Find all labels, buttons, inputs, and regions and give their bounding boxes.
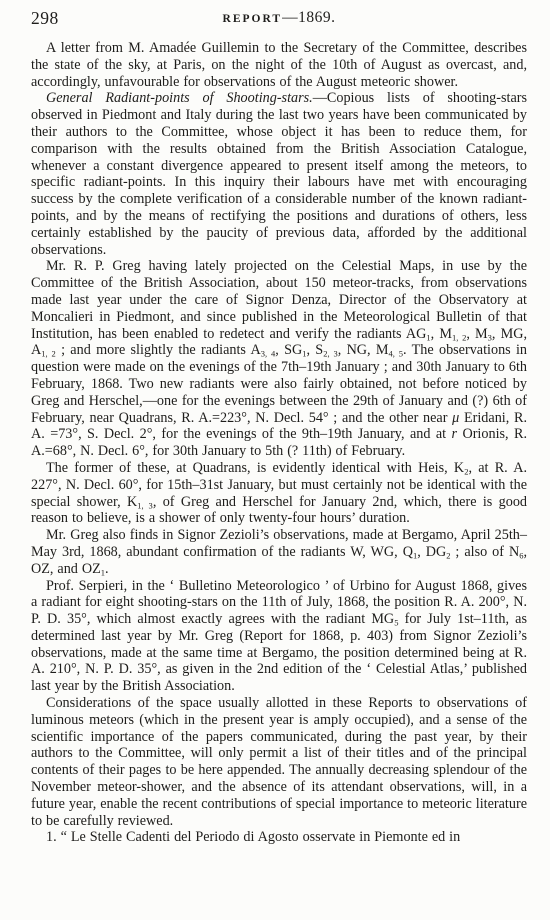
- text-run-subscript: 1, 2: [452, 332, 466, 342]
- text-run-subscript: 1, 3: [137, 500, 153, 510]
- text-run: , S: [306, 342, 323, 358]
- paragraph: Prof. Serpieri, in the ‘ Bulletino Meteo…: [31, 578, 527, 696]
- text-run: A letter from M. Amadée Guillemin to the…: [31, 40, 527, 90]
- text-run-italic: General Radiant-points of Shooting-stars…: [46, 90, 313, 106]
- page-header: 298 REPORT—1869.: [31, 7, 527, 31]
- paragraph: Considerations of the space usually allo…: [31, 695, 527, 829]
- text-run-subscript: 4, 5: [389, 349, 404, 359]
- text-run: , DG: [417, 544, 446, 560]
- document-page: 298 REPORT—1869. A letter from M. Amadée…: [0, 0, 550, 920]
- running-title: REPORT—1869.: [31, 9, 527, 27]
- text-run: .: [105, 561, 109, 577]
- text-run: , M: [431, 326, 452, 342]
- text-run: Considerations of the space usually allo…: [31, 695, 527, 829]
- paragraph: The former of these, at Quadrans, is evi…: [31, 460, 527, 527]
- text-run: ; and more slightly the radiants A: [56, 342, 261, 358]
- paragraph: Mr. R. P. Greg having lately projected o…: [31, 258, 527, 460]
- paragraph: Mr. Greg also finds in Signor Zezioli’s …: [31, 527, 527, 577]
- paragraph: 1. “ Le Stelle Cadenti del Periodo di Ag…: [31, 829, 527, 846]
- text-run: , NG, M: [338, 342, 389, 358]
- text-run: ; also of N: [450, 544, 519, 560]
- paragraph: General Radiant-points of Shooting-stars…: [31, 90, 527, 258]
- text-body: A letter from M. Amadée Guillemin to the…: [31, 40, 527, 846]
- text-run: , SG: [275, 342, 302, 358]
- running-title-word: REPORT: [223, 13, 283, 25]
- text-run-subscript: 3, 4: [261, 349, 276, 359]
- text-run-subscript: 2, 3: [323, 349, 338, 359]
- text-run: , M: [466, 326, 487, 342]
- text-run: The former of these, at Quadrans, is evi…: [46, 460, 464, 476]
- running-title-year: —1869.: [282, 9, 335, 26]
- text-run: —Copious lists of shooting-stars observe…: [31, 90, 527, 257]
- text-run-subscript: 1, 2: [41, 349, 56, 359]
- text-run: Mr. R. P. Greg having lately projected o…: [31, 258, 527, 341]
- text-run: 1. “ Le Stelle Cadenti del Periodo di Ag…: [46, 829, 460, 845]
- paragraph: A letter from M. Amadée Guillemin to the…: [31, 40, 527, 90]
